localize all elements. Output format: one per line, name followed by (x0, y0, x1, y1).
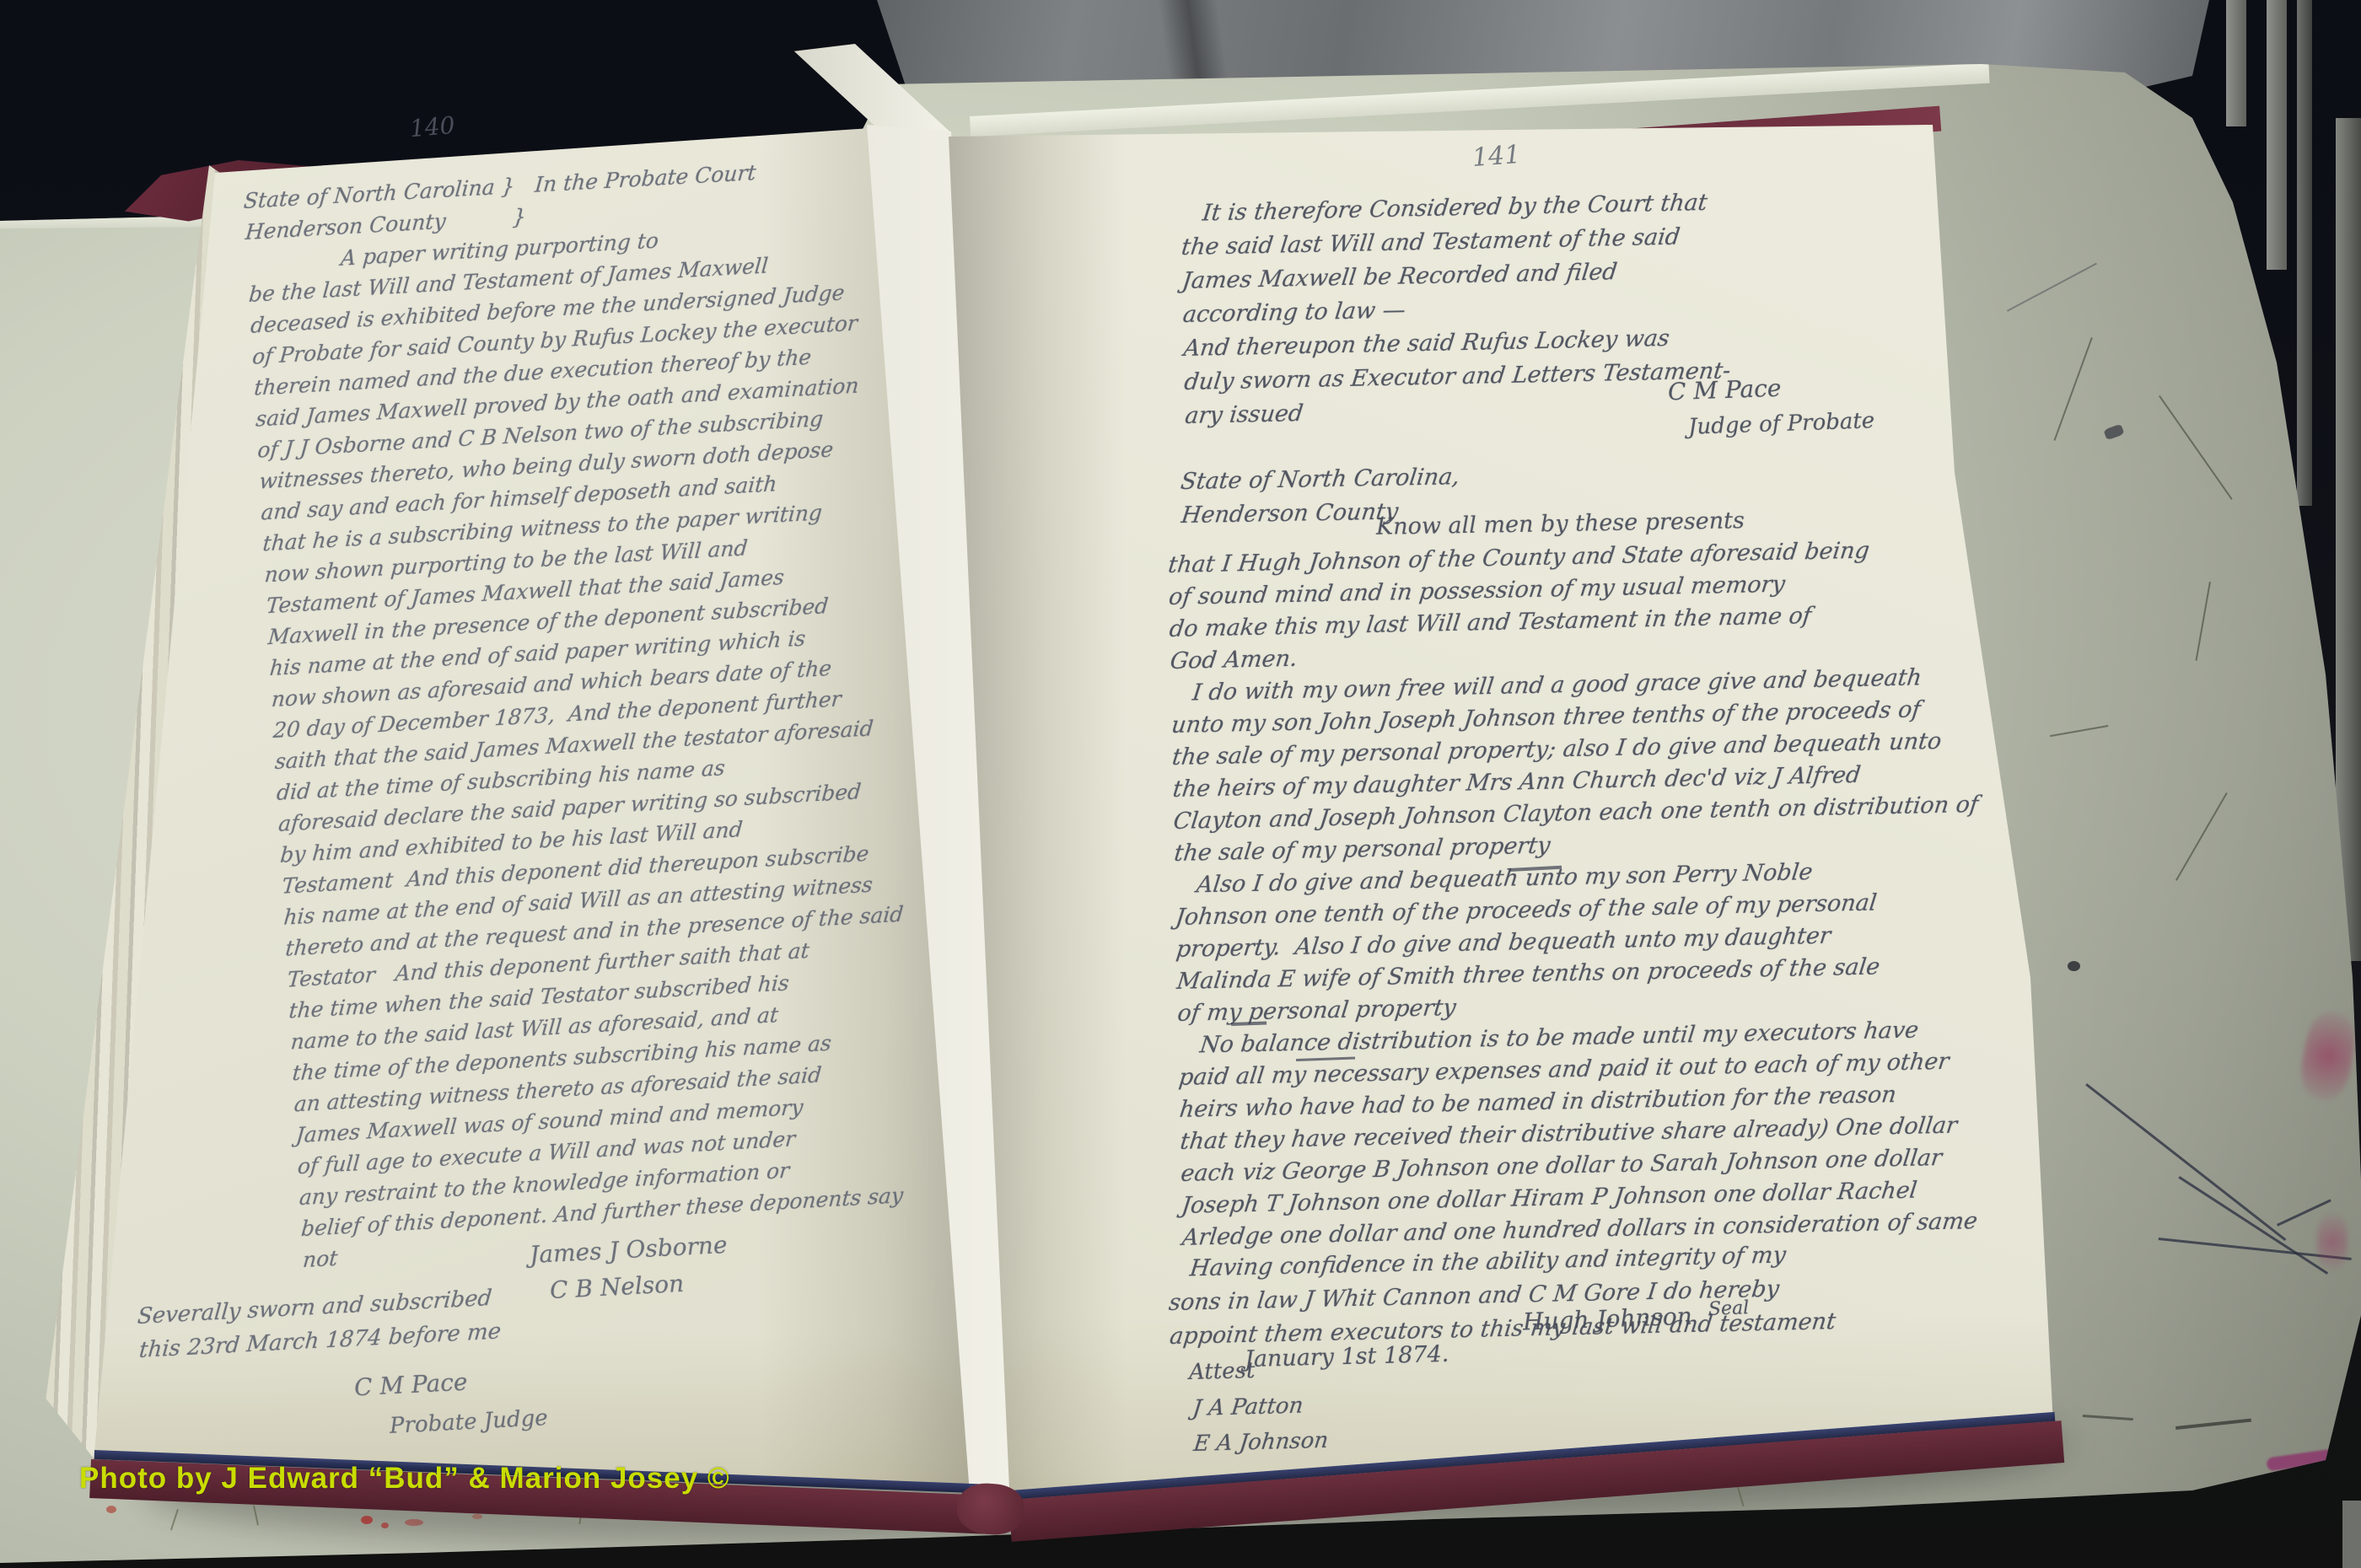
fiber (170, 1509, 179, 1530)
ink-scribble (2178, 1176, 2328, 1275)
judge-signature: C M Pace (353, 1368, 468, 1402)
attest-signatures: J A PattonE A Johnson (1192, 1388, 1329, 1462)
background-rack-bar (2297, 0, 2312, 506)
left-page-number: 140 (409, 111, 456, 143)
table-scratch (2159, 395, 2233, 500)
handwriting-line: E A Johnson (1191, 1423, 1330, 1462)
debris-item (2103, 424, 2124, 441)
photographer-watermark: Photo by J Edward “Bud” & Marion Josey © (79, 1462, 730, 1496)
magenta-stain (2317, 1214, 2348, 1270)
background-rack-bar (2267, 0, 2287, 270)
red-paint-spot (381, 1522, 389, 1528)
left-page-handwriting: State of North Carolina } In the Probate… (243, 153, 893, 1275)
background-rack-bar (2226, 0, 2246, 126)
attest-label: Attest (1189, 1358, 1256, 1385)
table-scratch (2196, 582, 2211, 661)
right-page-number: 141 (1471, 140, 1522, 173)
red-paint-spot (405, 1519, 423, 1526)
magenta-stain (2266, 1449, 2334, 1472)
dark-smudge (2083, 1415, 2133, 1420)
handwriting-line: J A Patton (1191, 1388, 1329, 1426)
table-leg (2342, 1501, 2361, 1568)
probate-order-block: It is therefore Considered by the Court … (1180, 180, 2037, 433)
red-paint-spot (472, 1514, 482, 1519)
will-date: January 1st 1874. (1245, 1341, 1449, 1372)
red-paint-spot (106, 1506, 116, 1513)
seal-label: Seal (1708, 1297, 1750, 1320)
dark-smudge (2175, 1419, 2251, 1430)
table-scratch (2175, 792, 2228, 881)
will-body: that I Hugh Johnson of the County and St… (1168, 531, 2084, 1254)
ink-scribble (2085, 1083, 2286, 1241)
testator-signature: Hugh Johnson (1522, 1302, 1692, 1336)
order-judge-signature: C M Pace (1667, 374, 1781, 406)
magenta-stain (2296, 1008, 2359, 1104)
will-closing: Having confidence in the ability and int… (1168, 1232, 2072, 1354)
red-paint-spot (361, 1516, 373, 1524)
photograph-scene: 140 141 State of North Carolina } In the… (0, 0, 2361, 1568)
table-scratch (2054, 337, 2093, 441)
handwriting-line: State of North Carolina, (1179, 460, 1461, 499)
